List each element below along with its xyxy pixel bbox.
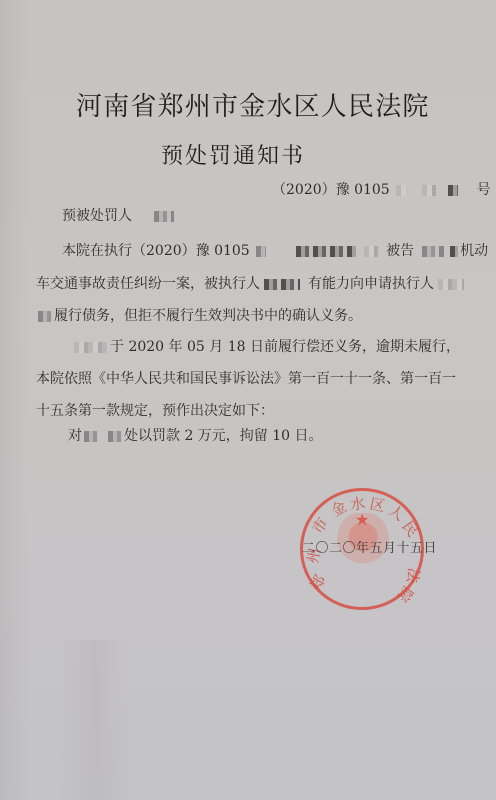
redaction-block — [448, 185, 458, 196]
redaction-block — [422, 246, 444, 257]
decision-line: 对处以罚款 2 万元，拘留 10 日。 — [68, 428, 323, 444]
paragraph2-line2: 本院依照《中华人民共和国民事诉讼法》第一百一十一条、第一百一 — [36, 371, 456, 387]
redaction-block — [256, 246, 266, 257]
paragraph1-text: 被告 — [386, 243, 414, 259]
paragraph1-text: 车交通事故责任纠纷一案，被执行人 — [36, 276, 260, 292]
paragraph2-line3: 十五条第一款规定，预作出决定如下： — [36, 403, 274, 419]
redaction-block — [450, 246, 458, 257]
addressee-label: 预被处罚人 — [62, 208, 132, 224]
paragraph2-line1: 于 2020 年 05 月 18 日前履行偿还义务，逾期未履行， — [72, 339, 460, 355]
redaction-block — [396, 185, 406, 196]
document-date: 二〇二〇年五月十五日 — [302, 537, 437, 556]
paragraph1-text: 机动 — [460, 243, 488, 259]
case-number: （2020）豫 0105 号 — [272, 182, 491, 198]
redaction-block — [154, 211, 174, 222]
paragraph1-text: 本院在执行（2020）豫 0105 — [62, 243, 254, 259]
paragraph1-line1: 本院在执行（2020）豫 0105 被告机动 — [62, 243, 488, 259]
addressee-line: 预被处罚人 — [62, 208, 176, 224]
redaction-block — [74, 342, 108, 353]
decision-prefix: 对 — [68, 428, 82, 444]
redaction-block — [364, 246, 378, 257]
decision-text: 处以罚款 2 万元，拘留 10 日。 — [124, 428, 323, 444]
case-number-suffix: 号 — [477, 182, 491, 198]
paragraph1-text: 有能力向申请执行人 — [308, 276, 434, 292]
paragraph1-line2: 车交通事故责任纠纷一案，被执行人有能力向申请执行人 — [36, 276, 466, 292]
redaction-block — [438, 279, 464, 290]
redaction-block — [264, 279, 300, 290]
redaction-block — [296, 246, 356, 257]
paragraph1-text: 履行债务，但拒不履行生效判决书中的确认义务。 — [54, 308, 362, 324]
page-shadow-bottom — [60, 640, 130, 800]
redaction-block — [422, 185, 436, 196]
redaction-block — [108, 431, 122, 442]
paragraph2-text: 于 2020 年 05 月 18 日前履行偿还义务，逾期未履行， — [110, 339, 460, 355]
court-name-heading: 河南省郑州市金水区人民法院 — [76, 86, 430, 123]
redaction-block — [38, 311, 52, 322]
case-number-prefix: （2020）豫 0105 — [272, 182, 394, 198]
page-shadow-left — [0, 0, 30, 800]
seal-char: 水 — [349, 492, 367, 515]
document-title: 预处罚通知书 — [161, 139, 305, 170]
paragraph1-line3: 履行债务，但拒不履行生效判决书中的确认义务。 — [36, 308, 362, 324]
redaction-block — [84, 431, 98, 442]
